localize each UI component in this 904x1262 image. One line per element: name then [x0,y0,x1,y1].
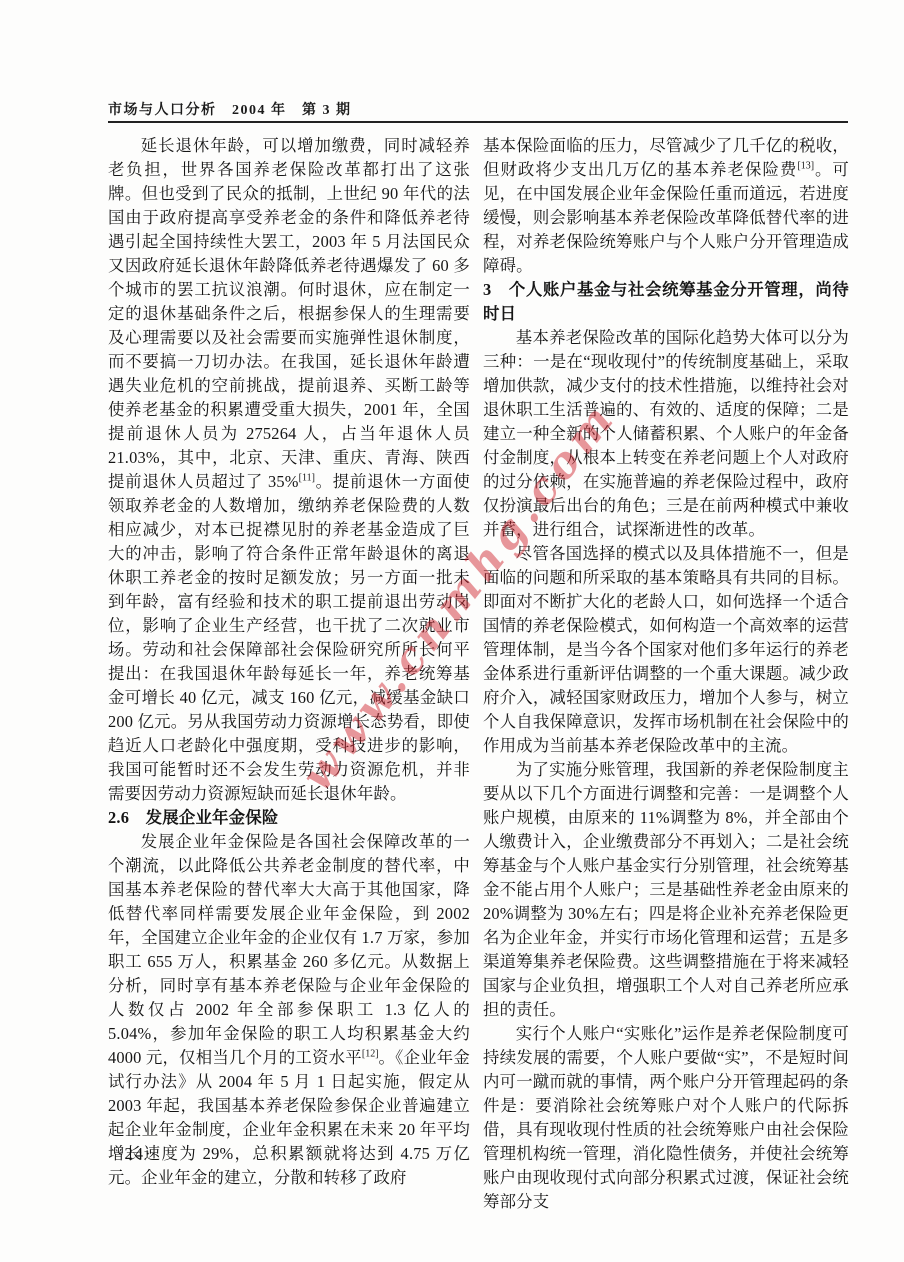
paragraph-common-goals: 尽管各国选择的模式以及具体措施不一，但是面临的问题和所采取的基本策略具有共同的目… [483,542,849,758]
page-number: ·24· [117,1144,153,1164]
journal-header: 市场与人口分析 2004 年 第 3 期 [108,99,352,119]
paragraph-retirement-age: 延长退休年龄，可以增加缴费，同时减轻养老负担，世界各国养老保险改革都打出了这张牌… [108,134,470,806]
paragraph-international-trends: 基本养老保险改革的国际化趋势大体可以分为三种：一是在“现收现付”的传统制度基础上… [483,326,849,542]
left-column: 延长退休年龄，可以增加缴费，同时减轻养老负担，世界各国养老保险改革都打出了这张牌… [108,134,470,1190]
section-heading-2-6: 2.6 发展企业年金保险 [108,806,470,830]
paragraph-basic-insurance-pressure: 基本保险面临的压力，尽管减少了几千亿的税收，但财政将少支出几万亿的基本养老保险费… [483,134,849,278]
paragraph-account-adjustments: 为了实施分账管理，我国新的养老保险制度主要从以下几个方面进行调整和完善：一是调整… [483,758,849,1022]
paragraph-individual-account-funding: 实行个人账户“实账化”运作是养老保险制度可持续发展的需要，个人账户要做“实”，不… [483,1022,849,1214]
section-heading-3: 3 个人账户基金与社会统筹基金分开管理，尚待时日 [483,278,849,326]
paragraph-enterprise-annuity: 发展企业年金保险是各国社会保障改革的一个潮流，以此降低公共养老金制度的替代率，中… [108,830,470,1190]
right-column: 基本保险面临的压力，尽管减少了几千亿的税收，但财政将少支出几万亿的基本养老保险费… [483,134,849,1214]
header-rule [108,121,848,123]
scanned-paper-page: 市场与人口分析 2004 年 第 3 期 延长退休年龄，可以增加缴费，同时减轻养… [0,0,904,1262]
